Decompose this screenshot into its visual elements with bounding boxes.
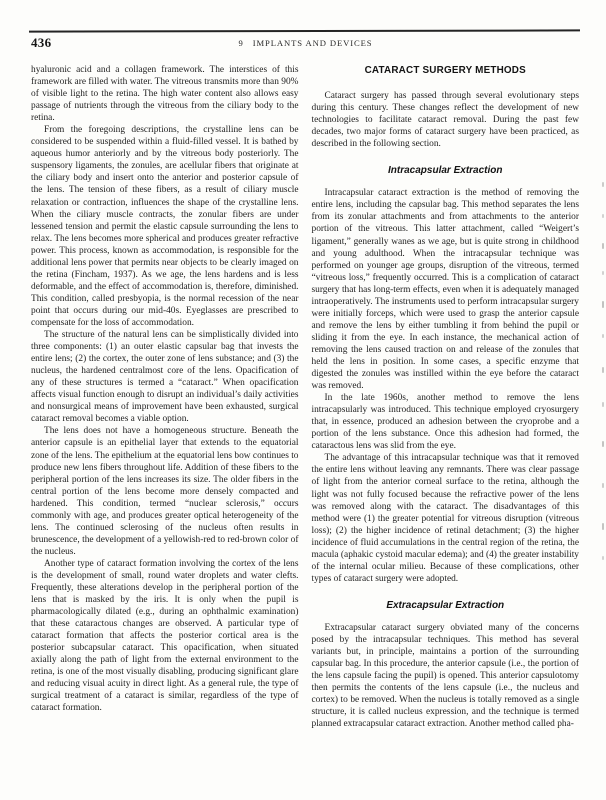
paragraph: From the foregoing descriptions, the cry…	[31, 124, 299, 329]
page-header: 436 9IMPLANTS AND DEVICES	[31, 35, 580, 51]
section-heading: CATARACT SURGERY METHODS	[312, 65, 580, 77]
scan-artifact	[602, 214, 604, 218]
header-rule	[29, 29, 580, 32]
scan-artifact	[602, 523, 604, 530]
scan-artifact	[602, 367, 604, 373]
scan-artifact	[602, 182, 604, 187]
paragraph: Intracapsular cataract extraction is the…	[312, 187, 580, 392]
scan-artifact	[602, 301, 604, 308]
running-head: 9IMPLANTS AND DEVICES	[31, 38, 580, 48]
subsection-heading: Intracapsular Extraction	[312, 165, 580, 177]
scan-artifact	[602, 483, 604, 488]
book-page: 436 9IMPLANTS AND DEVICES hyaluronic aci…	[0, 0, 606, 800]
paragraph: Another type of cataract formation invol…	[31, 558, 299, 715]
paragraph: The lens does not have a homogeneous str…	[31, 425, 299, 558]
paragraph: The advantage of this intracapsular tech…	[312, 452, 580, 585]
chapter-number: 9	[239, 38, 244, 48]
left-column: hyaluronic acid and a collagen framework…	[31, 64, 299, 730]
subsection-heading: Extracapsular Extraction	[312, 600, 580, 612]
paragraph: Cataract surgery has passed through seve…	[312, 90, 580, 150]
scan-artifact	[602, 271, 604, 275]
running-head-title: IMPLANTS AND DEVICES	[253, 38, 373, 48]
scan-artifact	[602, 334, 604, 338]
right-column: CATARACT SURGERY METHODS Cataract surger…	[312, 64, 580, 730]
paragraph: The structure of the natural lens can be…	[31, 329, 299, 425]
scan-artifact	[602, 556, 604, 560]
paragraph: hyaluronic acid and a collagen framework…	[31, 64, 299, 124]
scan-artifact	[602, 441, 604, 447]
paragraph: In the late 1960s, another method to rem…	[312, 392, 580, 452]
text-columns: hyaluronic acid and a collagen framework…	[31, 64, 579, 730]
paragraph: Extracapsular cataract surgery obviated …	[312, 622, 580, 730]
scan-artifact	[602, 243, 604, 249]
scan-artifact	[602, 402, 604, 407]
